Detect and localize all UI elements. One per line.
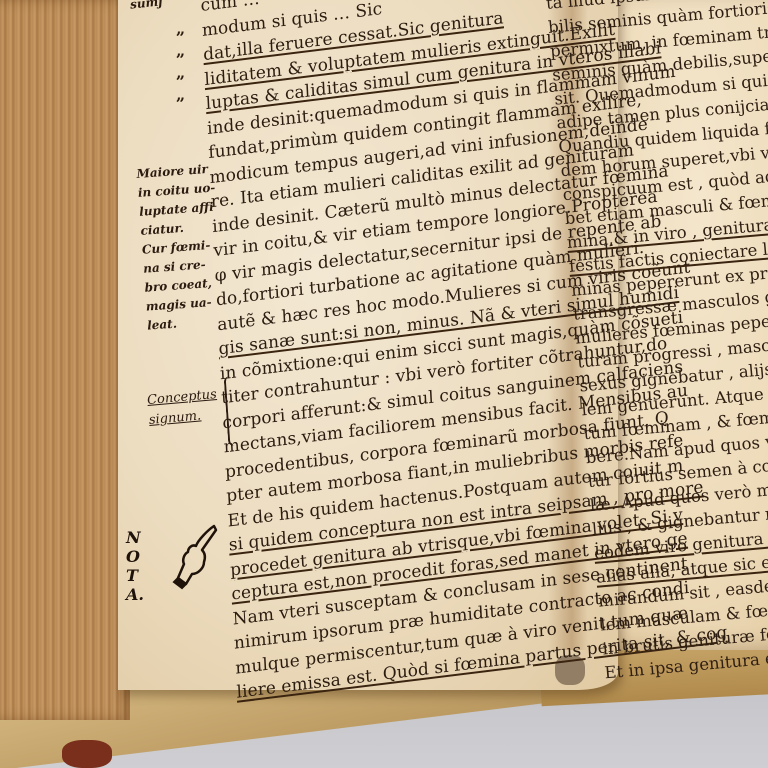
pointing-hand-icon <box>168 522 228 592</box>
marginal-note-conceptus: Conceptus signum. <box>146 385 219 431</box>
nota-letter: A. <box>126 585 144 604</box>
marginal-note-group: Maiore uir in coitu uo- luptate affi cia… <box>136 159 228 335</box>
nota-letter: N <box>126 528 144 547</box>
quote-mark: „ <box>176 40 185 62</box>
quote-mark: „ <box>176 84 185 106</box>
handwritten-nota: N O T A. <box>126 528 144 604</box>
page-edges-stack <box>0 0 130 720</box>
quote-mark: „ <box>176 18 185 40</box>
leather-stain <box>62 740 112 768</box>
quote-mark: „ <box>176 62 185 84</box>
book-photo: sumj „ „ „ „ cum … modum si quis … Sic d… <box>0 0 768 768</box>
nota-letter: T <box>126 566 144 585</box>
nota-letter: O <box>126 547 144 566</box>
marginal-quote-marks: „ „ „ „ <box>176 18 185 106</box>
